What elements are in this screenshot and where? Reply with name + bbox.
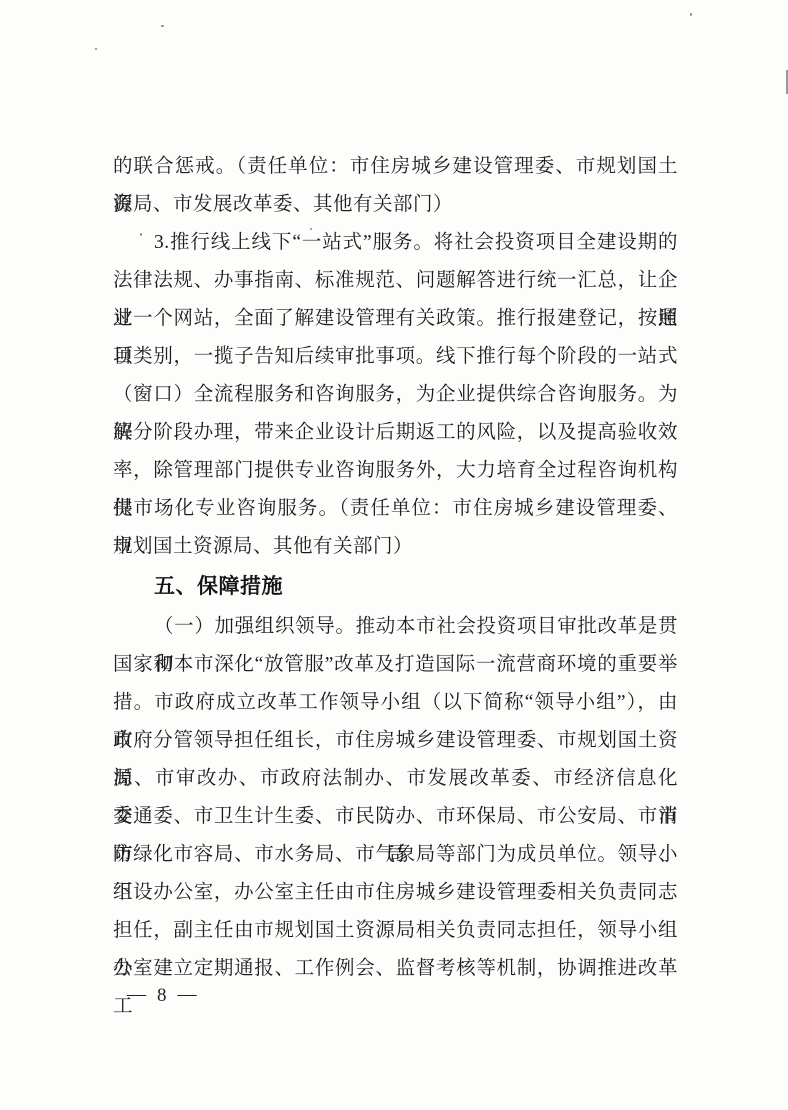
text-line: 国家和本市深化“放管服”改革及打造国际一流营商环境的重要举	[113, 646, 678, 684]
text-line: 率，除管理部门提供专业咨询服务外，大力培育全过程咨询机构提	[113, 452, 678, 490]
text-line: 措。市政府成立改革工作领导小组（以下简称“领导小组”），由市	[113, 684, 678, 722]
text-line: 市绿化市容局、市水务局、市气象局等部门为成员单位。领导小组	[113, 836, 678, 874]
page-footer: — 8 —	[127, 981, 197, 1011]
text-line: 的联合惩戒。（责任单位：市住房城乡建设管理委、市规划国土资	[113, 148, 678, 186]
text-line: 公室建立定期通报、工作例会、监督考核等机制，协调推进改革工	[113, 950, 678, 988]
text-line: 规划国土资源局、其他有关部门）	[113, 528, 678, 566]
text-line: 决分阶段办理，带来企业设计后期返工的风险，以及提高验收效	[113, 414, 678, 452]
scan-speck	[161, 25, 164, 27]
text-line: 担任，副主任由市规划国土资源局相关负责同志担任，领导小组办	[113, 912, 678, 950]
text-line: 源局、市发展改革委、其他有关部门）	[113, 186, 678, 224]
page-number: 8	[157, 985, 167, 1007]
scan-speck	[690, 13, 692, 16]
text-line: 政府分管领导担任组长，市住房城乡建设管理委、市规划国土资源	[113, 722, 678, 760]
section-heading: 五、保障措施	[113, 566, 678, 608]
text-line: 过一个网站，全面了解建设管理有关政策。推行报建登记，按照项	[113, 300, 678, 338]
text-line: （一）加强组织领导。推动本市社会投资项目审批改革是贯彻	[113, 608, 678, 646]
footer-left-dash: —	[127, 984, 146, 1006]
scan-speck	[95, 48, 97, 50]
text-line: 目类别，一揽子告知后续审批事项。线下推行每个阶段的一站式	[113, 338, 678, 376]
text-line: 下设办公室，办公室主任由市住房城乡建设管理委相关负责同志	[113, 874, 678, 912]
text-line: 法律法规、办事指南、标准规范、问题解答进行统一汇总，让企业通	[113, 262, 678, 300]
document-page: 的联合惩戒。（责任单位：市住房城乡建设管理委、市规划国土资 源局、市发展改革委、…	[0, 0, 788, 1110]
text-line: 3.推行线上线下“一站式”服务。将社会投资项目全建设期的	[113, 224, 678, 262]
text-line: （窗口）全流程服务和咨询服务，为企业提供综合咨询服务。为解	[113, 376, 678, 414]
text-line: 交通委、市卫生计生委、市民防办、市环保局、市公安局、市消防局、	[113, 798, 678, 836]
footer-right-dash: —	[178, 984, 197, 1006]
body-text: 的联合惩戒。（责任单位：市住房城乡建设管理委、市规划国土资 源局、市发展改革委、…	[113, 148, 678, 988]
text-line: 供市场化专业咨询服务。（责任单位：市住房城乡建设管理委、市	[113, 490, 678, 528]
text-line: 局、市审改办、市政府法制办、市发展改革委、市经济信息化委、市	[113, 760, 678, 798]
